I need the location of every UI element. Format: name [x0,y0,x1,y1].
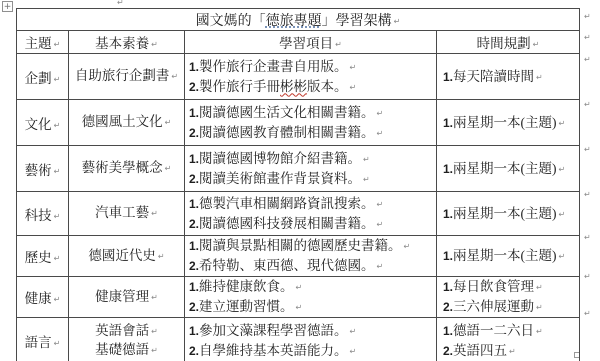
schedule-line: 1.德語一二六日 [437,321,579,341]
schedule-line: 1.每天陪讀時間 [437,67,579,87]
table-row: 語言 英語會話 基礎德語 1.參加文藻課程學習德語。 2.自學維持基本英語能力。… [17,318,580,361]
topic-cell[interactable]: 文化 [17,100,69,146]
schedule-cell[interactable]: 1.兩星期一本(主題) [437,146,580,192]
learning-structure-table: 國文媽的「德旅專題」學習架構 主題 基本素養 學習項目 時間規劃 企劃 自助旅行… [16,8,580,361]
document-title-cell[interactable]: 國文媽的「德旅專題」學習架構 [17,9,580,31]
end-of-row-mark-icon: ↵ [584,190,591,199]
learning-items-cell[interactable]: 1.閱讀德國生活文化相關書籍。 2.閱讀德國教育體制相關書籍。 [185,100,437,146]
item-line: 2.自學維持基本英語能力。 [185,341,436,361]
topic-cell[interactable]: 企劃 [17,54,69,100]
title-text: 」學習架構 [322,14,401,29]
table-move-handle-icon[interactable]: + [2,1,13,12]
column-header-topic[interactable]: 主題 [17,31,69,54]
schedule-line: 1.兩星期一本(主題) [437,204,579,224]
misspelled-word: 彬彬 [280,79,307,94]
item-line: 1.德製汽車相關網路資訊搜索。 [185,194,436,214]
item-line: 2.製作旅行手冊彬彬版本。 [185,77,436,97]
schedule-cell[interactable]: 1.兩星期一本(主題) [437,192,580,236]
table-row: 藝術 藝術美學概念 1.閱讀德國博物館介紹書籍。 2.閱讀美術館畫作背景資料。 … [17,146,580,192]
item-line: 2.閱讀德國科技發展相關書籍。 [185,214,436,234]
schedule-cell[interactable]: 1.每天陪讀時間 [437,54,580,100]
schedule-line: 2.英語四五 [437,341,579,361]
end-of-row-mark-icon: ↵ [584,12,591,21]
learning-items-cell[interactable]: 1.閱讀與景點相關的德國歷史書籍。 2.希特勒、東西德、現代德國。 [185,236,437,277]
end-of-row-mark-icon: ↵ [584,33,591,42]
column-header-learning-items[interactable]: 學習項目 [185,31,437,54]
topic-cell[interactable]: 藝術 [17,146,69,192]
table-row: 企劃 自助旅行企劃書 1.製作旅行企畫書自用版。 2.製作旅行手冊彬彬版本。 1… [17,54,580,100]
topic-cell[interactable]: 科技 [17,192,69,236]
competency-cell[interactable]: 藝術美學概念 [69,146,185,192]
learning-items-cell[interactable]: 1.維持健康飲食。 2.建立運動習慣。 [185,277,437,318]
schedule-line: 1.兩星期一本(主題) [437,113,579,133]
table-row: 健康 健康管理 1.維持健康飲食。 2.建立運動習慣。 1.每日飲食管理 2.三… [17,277,580,318]
learning-items-cell[interactable]: 1.參加文藻課程學習德語。 2.自學維持基本英語能力。 [185,318,437,361]
end-of-row-mark-icon: ↵ [584,55,591,64]
column-header-schedule[interactable]: 時間規劃 [437,31,580,54]
table-row: 歷史 德國近代史 1.閱讀與景點相關的德國歷史書籍。 2.希特勒、東西德、現代德… [17,236,580,277]
schedule-cell[interactable]: 1.德語一二六日 2.英語四五 [437,318,580,361]
item-line: 2.閱讀德國教育體制相關書籍。 [185,123,436,143]
title-text: 國文媽的「 [196,14,266,29]
item-line: 2.建立運動習慣。 [185,297,436,317]
item-line: 1.維持健康飲食。 [185,277,436,297]
topic-cell[interactable]: 歷史 [17,236,69,277]
item-line: 1.閱讀德國生活文化相關書籍。 [185,103,436,123]
item-line: 1.參加文藻課程學習德語。 [185,321,436,341]
learning-items-cell[interactable]: 1.製作旅行企畫書自用版。 2.製作旅行手冊彬彬版本。 [185,54,437,100]
competency-cell[interactable]: 英語會話 基礎德語 [69,318,185,361]
competency-cell[interactable]: 德國風土文化 [69,100,185,146]
schedule-line: 1.兩星期一本(主題) [437,246,579,266]
table-row: 科技 汽車工藝 1.德製汽車相關網路資訊搜索。 2.閱讀德國科技發展相關書籍。 … [17,192,580,236]
competency-cell[interactable]: 汽車工藝 [69,192,185,236]
item-line: 2.希特勒、東西德、現代德國。 [185,256,436,276]
end-of-row-mark-icon: ↵ [584,100,591,109]
column-header-competency[interactable]: 基本素養 [69,31,185,54]
schedule-cell[interactable]: 1.兩星期一本(主題) [437,236,580,277]
schedule-cell[interactable]: 1.兩星期一本(主題) [437,100,580,146]
topic-cell[interactable]: 語言 [17,318,69,361]
competency-cell[interactable]: 自助旅行企劃書 [69,54,185,100]
competency-cell[interactable]: 健康管理 [69,277,185,318]
item-line: 1.製作旅行企畫書自用版。 [185,57,436,77]
schedule-line: 2.三六伸展運動 [437,297,579,317]
end-of-row-mark-icon: ↵ [584,272,591,281]
item-line: 1.閱讀與景點相關的德國歷史書籍。 [185,236,436,256]
schedule-line: 1.每日飲食管理 [437,277,579,297]
schedule-line: 1.兩星期一本(主題) [437,159,579,179]
learning-items-cell[interactable]: 1.閱讀德國博物館介紹書籍。 2.閱讀美術館畫作背景資料。 [185,146,437,192]
table-row: 文化 德國風土文化 1.閱讀德國生活文化相關書籍。 2.閱讀德國教育體制相關書籍… [17,100,580,146]
end-of-row-mark-icon: ↵ [584,309,591,318]
schedule-cell[interactable]: 1.每日飲食管理 2.三六伸展運動 [437,277,580,318]
end-of-row-mark-icon: ↵ [584,145,591,154]
item-line: 1.閱讀德國博物館介紹書籍。 [185,149,436,169]
item-line: 2.閱讀美術館畫作背景資料。 [185,169,436,189]
topic-cell[interactable]: 健康 [17,277,69,318]
end-of-row-mark-icon: ↵ [584,233,591,242]
competency-cell[interactable]: 德國近代史 [69,236,185,277]
paragraph-mark-icon: ↵ [117,0,124,7]
learning-items-cell[interactable]: 1.德製汽車相關網路資訊搜索。 2.閱讀德國科技發展相關書籍。 [185,192,437,236]
title-term-underlined: 德旅專題 [266,14,322,29]
